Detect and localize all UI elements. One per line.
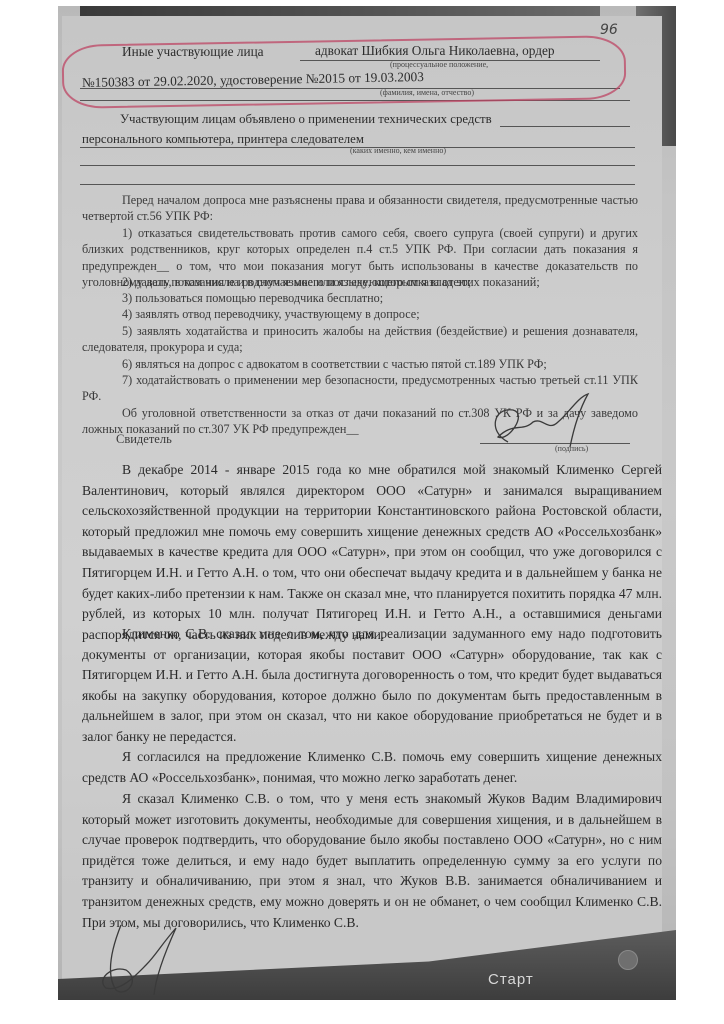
witness-label: Свидетель bbox=[116, 432, 172, 447]
device-knob bbox=[618, 950, 638, 970]
field-underline bbox=[80, 165, 635, 166]
testimony-paragraph-4: Я сказал Клименко С.В. о том, что у меня… bbox=[82, 789, 662, 933]
highlight-circle bbox=[61, 35, 626, 109]
tech-notice-2: персонального компьютера, принтера следо… bbox=[82, 132, 364, 147]
page-signature bbox=[86, 920, 196, 1000]
witness-signature bbox=[478, 392, 618, 452]
tech-notice-1: Участвующим лицам объявлено о применении… bbox=[120, 112, 492, 127]
rights-item-4: 4) заявлять отвод переводчику, участвующ… bbox=[82, 306, 638, 322]
field-underline bbox=[80, 184, 635, 185]
page-number: 96 bbox=[600, 22, 618, 38]
tech-hint: (каких именно, кем именно) bbox=[350, 146, 446, 155]
testimony-paragraph-3: Я согласился на предложение Клименко С.В… bbox=[82, 747, 662, 788]
field-underline bbox=[500, 126, 630, 127]
testimony-paragraph-1: В декабре 2014 - январе 2015 года ко мне… bbox=[82, 460, 662, 645]
rights-item-5: 5) заявлять ходатайства и приносить жало… bbox=[82, 323, 638, 356]
testimony-paragraph-2: Клименко С.В. сказал мне о том, что для … bbox=[82, 624, 662, 748]
rights-item-2: 2) давать показания на родном языке или … bbox=[82, 274, 638, 290]
rights-item-3: 3) пользоваться помощью переводчика бесп… bbox=[82, 290, 638, 306]
rights-item-6: 6) являться на допрос с адвокатом в соот… bbox=[82, 356, 638, 372]
rights-intro: Перед началом допроса мне разъяснены пра… bbox=[82, 192, 638, 225]
start-label: Старт bbox=[488, 971, 534, 988]
